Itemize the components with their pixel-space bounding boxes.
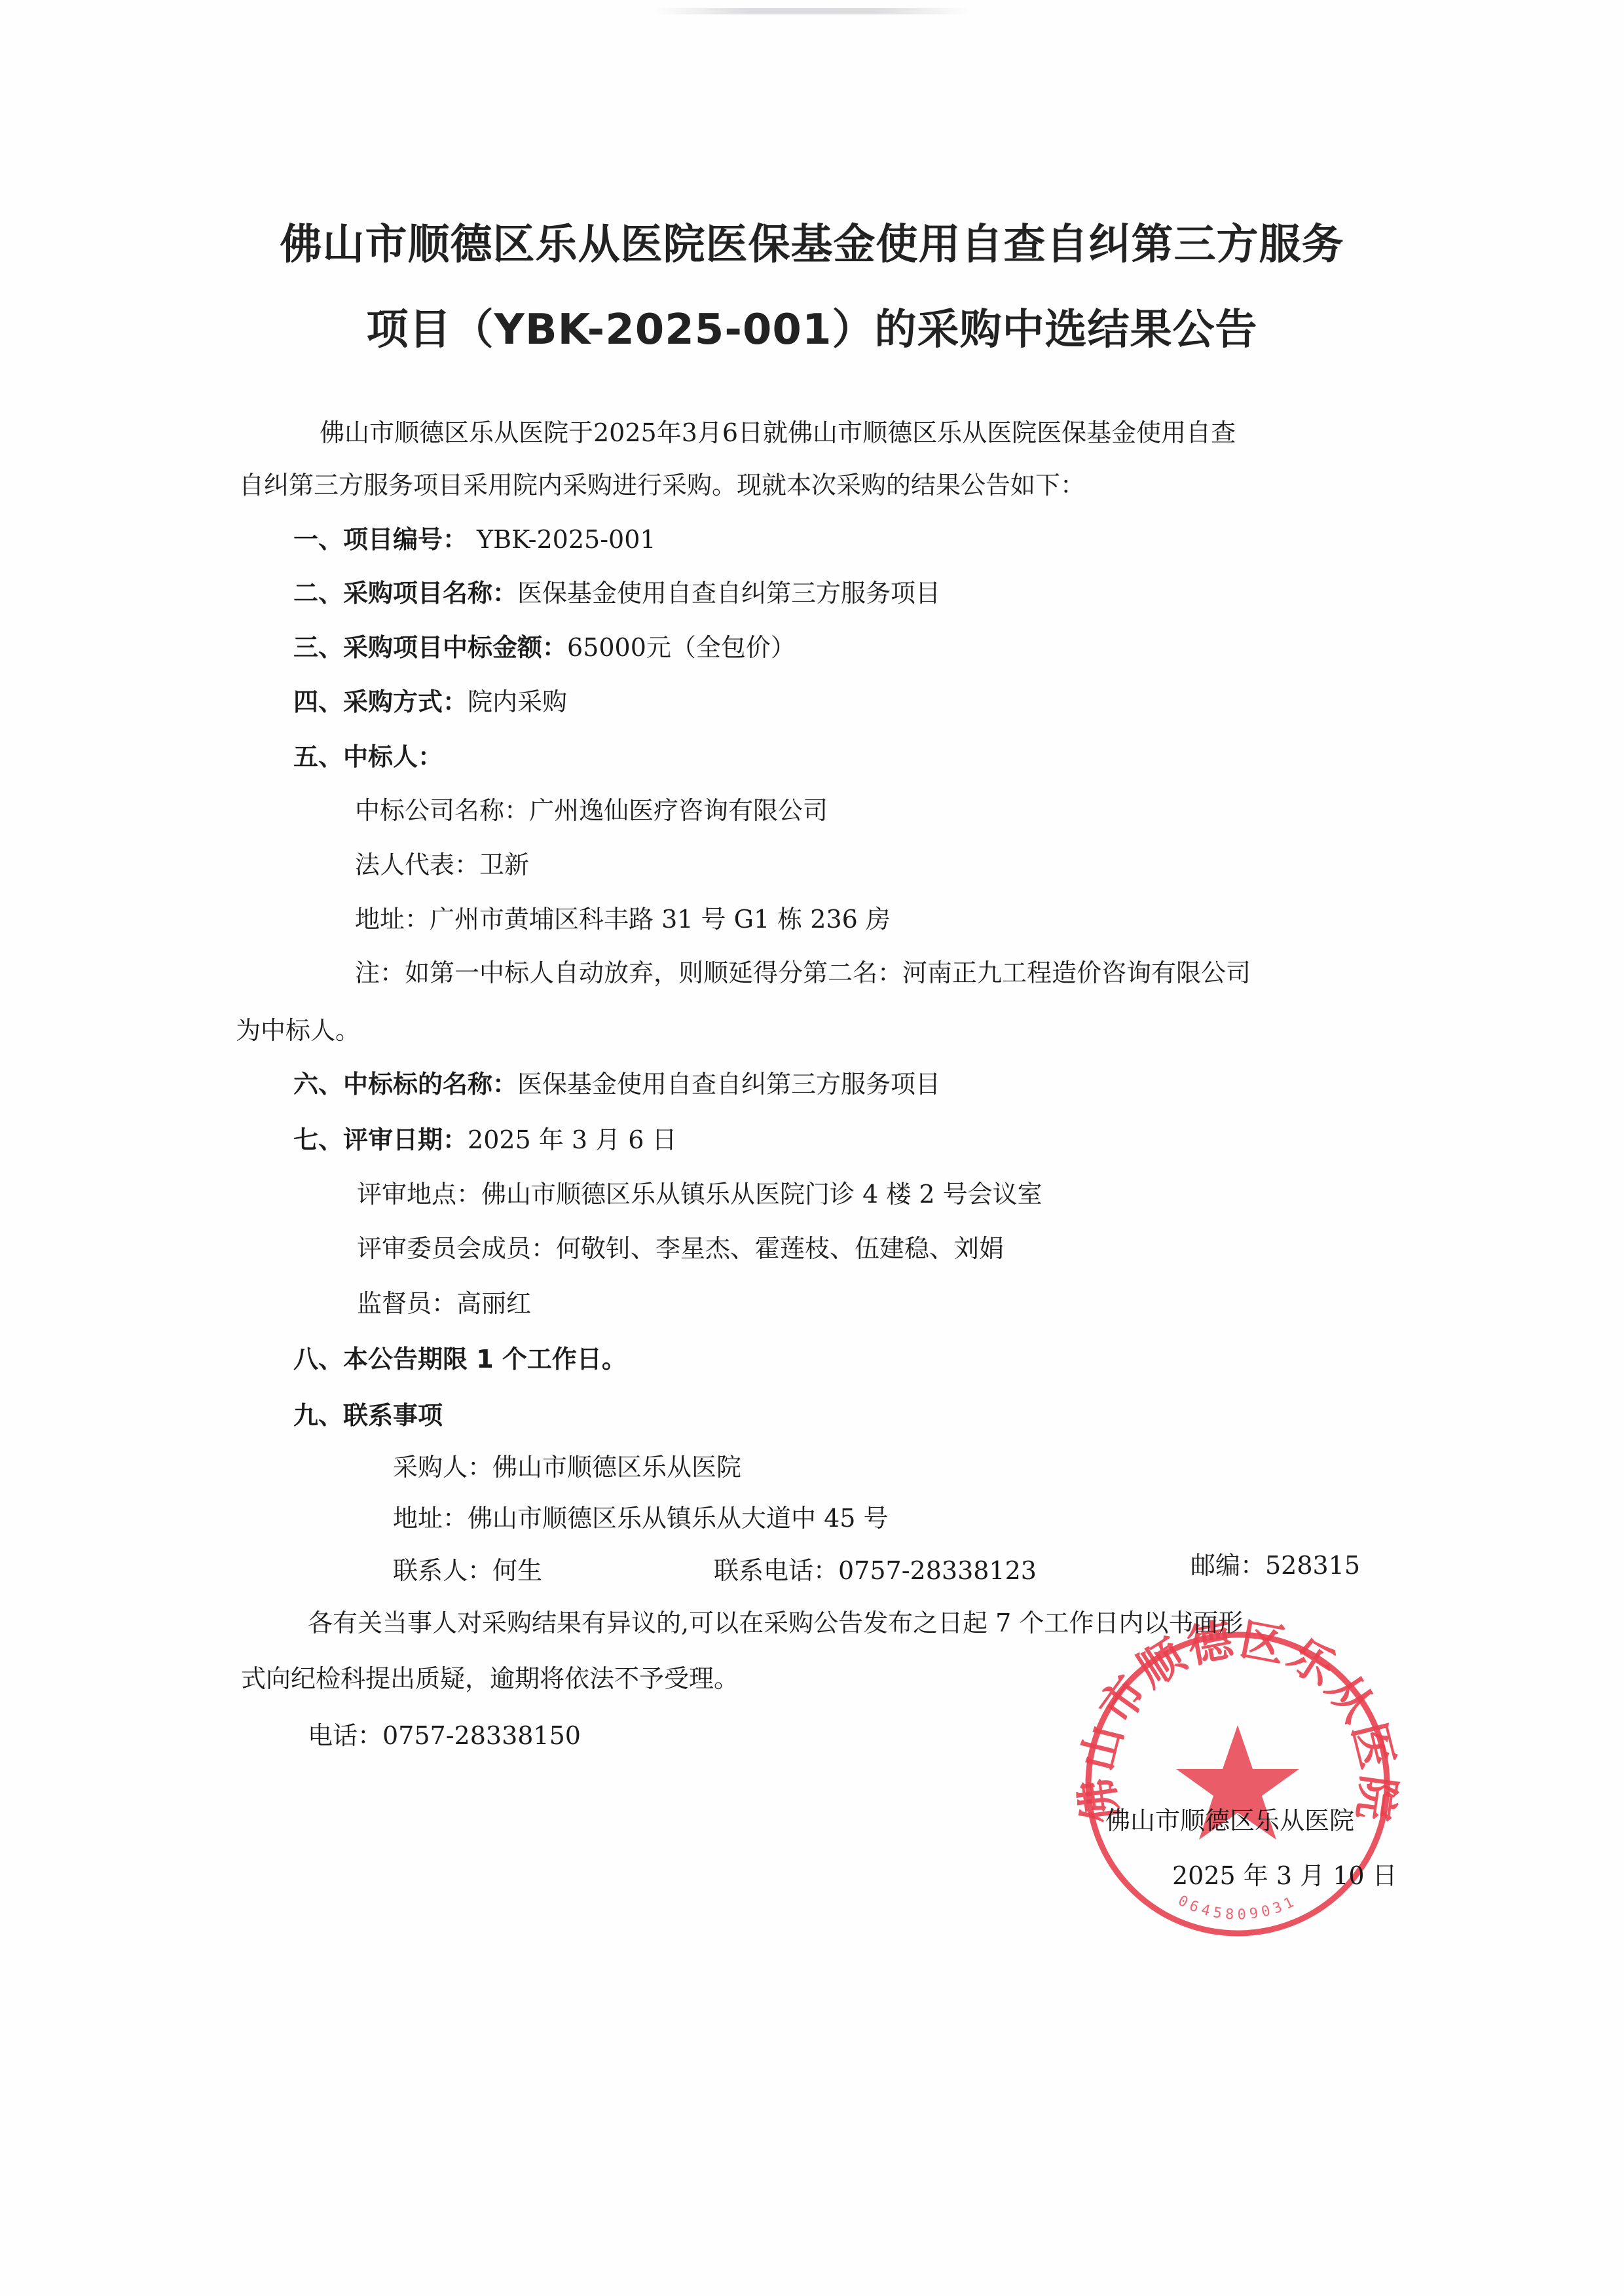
section-winning-bidder: 五、中标人： bbox=[293, 744, 443, 769]
section-project-name: 二、采购项目名称：医保基金使用自查自纠第三方服务项目 bbox=[293, 581, 940, 606]
section-notice-period: 八、本公告期限 1 个工作日。 bbox=[293, 1347, 627, 1372]
note-line2: 为中标人。 bbox=[236, 1018, 360, 1043]
project-number-value: YBK-2025-001 bbox=[477, 525, 656, 554]
winner-address: 地址：广州市黄埔区科丰路 31 号 G1 栋 236 房 bbox=[355, 907, 891, 932]
signature-organization: 佛山市顺德区乐从医院 bbox=[1105, 1808, 1354, 1833]
review-location: 评审地点：佛山市顺德区乐从镇乐从医院门诊 4 楼 2 号会议室 bbox=[357, 1182, 1043, 1207]
section-label: 七、评审日期： bbox=[293, 1125, 468, 1154]
signature-date: 2025 年 3 月 10 日 bbox=[1172, 1863, 1397, 1888]
purchaser: 采购人：佛山市顺德区乐从医院 bbox=[393, 1455, 741, 1480]
postcode: 邮编：528315 bbox=[1190, 1553, 1360, 1578]
contact-phone: 联系电话：0757-28338123 bbox=[714, 1558, 1037, 1583]
procurement-method-value: 院内采购 bbox=[468, 687, 567, 716]
bid-amount-value: 65000元（全包价） bbox=[567, 633, 796, 662]
winning-company-name: 中标公司名称：广州逸仙医疗咨询有限公司 bbox=[355, 798, 828, 823]
section-review-date: 七、评审日期：2025 年 3 月 6 日 bbox=[293, 1127, 676, 1152]
scan-artifact bbox=[655, 8, 969, 14]
telephone: 电话：0757-28338150 bbox=[308, 1723, 581, 1748]
objection-line1: 各有关当事人对采购结果有异议的,可以在采购公告发布之日起 7 个工作日内以书面形 bbox=[308, 1611, 1243, 1635]
section-label: 一、项目编号： bbox=[293, 525, 468, 554]
contact-person: 联系人：何生 bbox=[393, 1558, 542, 1583]
legal-representative: 法人代表：卫新 bbox=[355, 852, 529, 877]
review-committee: 评审委员会成员：何敬钊、李星杰、霍莲枝、伍建稳、刘娟 bbox=[357, 1236, 1004, 1261]
subject-name-value: 医保基金使用自查自纠第三方服务项目 bbox=[517, 1070, 940, 1099]
section-bid-amount: 三、采购项目中标金额：65000元（全包价） bbox=[293, 635, 796, 660]
intro-paragraph-line1: 佛山市顺德区乐从医院于2025年3月6日就佛山市顺德区乐从医院医保基金使用自查 bbox=[320, 420, 1236, 445]
section-label: 二、采购项目名称： bbox=[293, 579, 517, 608]
section-procurement-method: 四、采购方式：院内采购 bbox=[293, 689, 567, 714]
review-date-value: 2025 年 3 月 6 日 bbox=[468, 1125, 676, 1154]
section-label: 四、采购方式： bbox=[293, 687, 468, 716]
purchaser-address: 地址：佛山市顺德区乐从镇乐从大道中 45 号 bbox=[393, 1506, 889, 1531]
note-line1: 注：如第一中标人自动放弃，则顺延得分第二名：河南正九工程造价咨询有限公司 bbox=[355, 960, 1251, 985]
objection-line2: 式向纪检科提出质疑，逾期将依法不予受理。 bbox=[241, 1666, 739, 1691]
section-subject-name: 六、中标标的名称：医保基金使用自查自纠第三方服务项目 bbox=[293, 1072, 940, 1097]
section-project-number: 一、项目编号：YBK-2025-001 bbox=[293, 527, 656, 552]
section-label: 三、采购项目中标金额： bbox=[293, 633, 567, 662]
section-contact: 九、联系事项 bbox=[293, 1403, 443, 1428]
document-title-line2: 项目（YBK-2025-001）的采购中选结果公告 bbox=[0, 296, 1624, 356]
official-seal-icon: 佛山市顺德区乐从医院 0645809031 bbox=[1074, 1617, 1401, 1944]
document-title-line1: 佛山市顺德区乐从医院医保基金使用自查自纠第三方服务 bbox=[0, 211, 1624, 271]
project-name-value: 医保基金使用自查自纠第三方服务项目 bbox=[517, 579, 940, 608]
section-label: 六、中标标的名称： bbox=[293, 1070, 517, 1099]
supervisor: 监督员：高丽红 bbox=[357, 1291, 531, 1316]
svg-text:0645809031: 0645809031 bbox=[1175, 1893, 1300, 1923]
document-page: 佛山市顺德区乐从医院医保基金使用自查自纠第三方服务 项目（YBK-2025-00… bbox=[0, 0, 1624, 2296]
intro-paragraph-line2: 自纠第三方服务项目采用院内采购进行采购。现就本次采购的结果公告如下： bbox=[239, 473, 1085, 498]
